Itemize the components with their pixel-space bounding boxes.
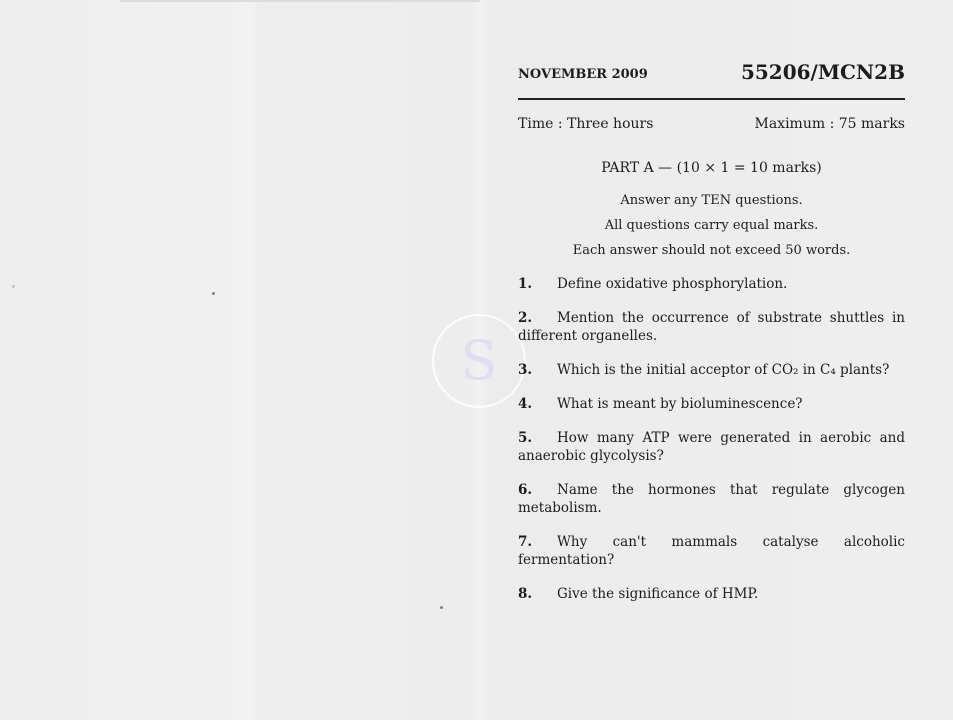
- paper-edge: [120, 0, 480, 2]
- question-item: 2.Mention the occurrence of substrate sh…: [518, 309, 905, 345]
- speck: [440, 606, 443, 609]
- question-number: 7.: [518, 533, 557, 551]
- question-text: Name the hormones that regulate glycogen…: [518, 482, 905, 516]
- question-item: 5.How many ATP were generated in aerobic…: [518, 429, 905, 465]
- question-number: 4.: [518, 395, 557, 413]
- question-text: Which is the initial acceptor of CO₂ in …: [557, 362, 889, 378]
- question-text: Why can't mammals catalyse alcoholic fer…: [518, 534, 905, 568]
- exam-meta: Time : Three hours Maximum : 75 marks: [518, 116, 905, 132]
- instruction-line: All questions carry equal marks.: [518, 213, 905, 238]
- question-text: Give the significance of HMP.: [557, 586, 758, 602]
- question-text: Mention the occurrence of substrate shut…: [518, 310, 905, 344]
- instruction-line: Answer any TEN questions.: [518, 188, 905, 213]
- scanned-sheet: S NOVEMBER 2009 55206/MCN2B Time : Three…: [0, 0, 953, 720]
- exam-page: NOVEMBER 2009 55206/MCN2B Time : Three h…: [518, 60, 905, 619]
- speck: [12, 285, 15, 288]
- speck: [212, 292, 215, 295]
- instruction-line: Each answer should not exceed 50 words.: [518, 238, 905, 263]
- exam-max-marks: Maximum : 75 marks: [755, 116, 906, 132]
- question-number: 6.: [518, 481, 557, 499]
- question-item: 4.What is meant by bioluminescence?: [518, 395, 905, 413]
- question-text: What is meant by bioluminescence?: [557, 396, 803, 412]
- header-rule: [518, 98, 905, 100]
- question-item: 8.Give the significance of HMP.: [518, 585, 905, 603]
- question-number: 2.: [518, 309, 557, 327]
- question-number: 1.: [518, 275, 557, 293]
- watermark-logo: S: [432, 314, 526, 408]
- exam-date: NOVEMBER 2009: [518, 67, 648, 82]
- question-number: 3.: [518, 361, 557, 379]
- exam-header: NOVEMBER 2009 55206/MCN2B: [518, 60, 905, 84]
- question-number: 8.: [518, 585, 557, 603]
- part-title: PART A — (10 × 1 = 10 marks): [518, 160, 905, 176]
- question-item: 1.Define oxidative phosphorylation.: [518, 275, 905, 293]
- exam-time: Time : Three hours: [518, 116, 653, 132]
- question-item: 3.Which is the initial acceptor of CO₂ i…: [518, 361, 905, 379]
- question-number: 5.: [518, 429, 557, 447]
- question-list: 1.Define oxidative phosphorylation. 2.Me…: [518, 275, 905, 603]
- question-item: 7.Why can't mammals catalyse alcoholic f…: [518, 533, 905, 569]
- question-text: Define oxidative phosphorylation.: [557, 276, 787, 292]
- question-item: 6.Name the hormones that regulate glycog…: [518, 481, 905, 517]
- instructions: Answer any TEN questions. All questions …: [518, 188, 905, 263]
- exam-code: 55206/MCN2B: [741, 60, 905, 84]
- question-text: How many ATP were generated in aerobic a…: [518, 430, 905, 464]
